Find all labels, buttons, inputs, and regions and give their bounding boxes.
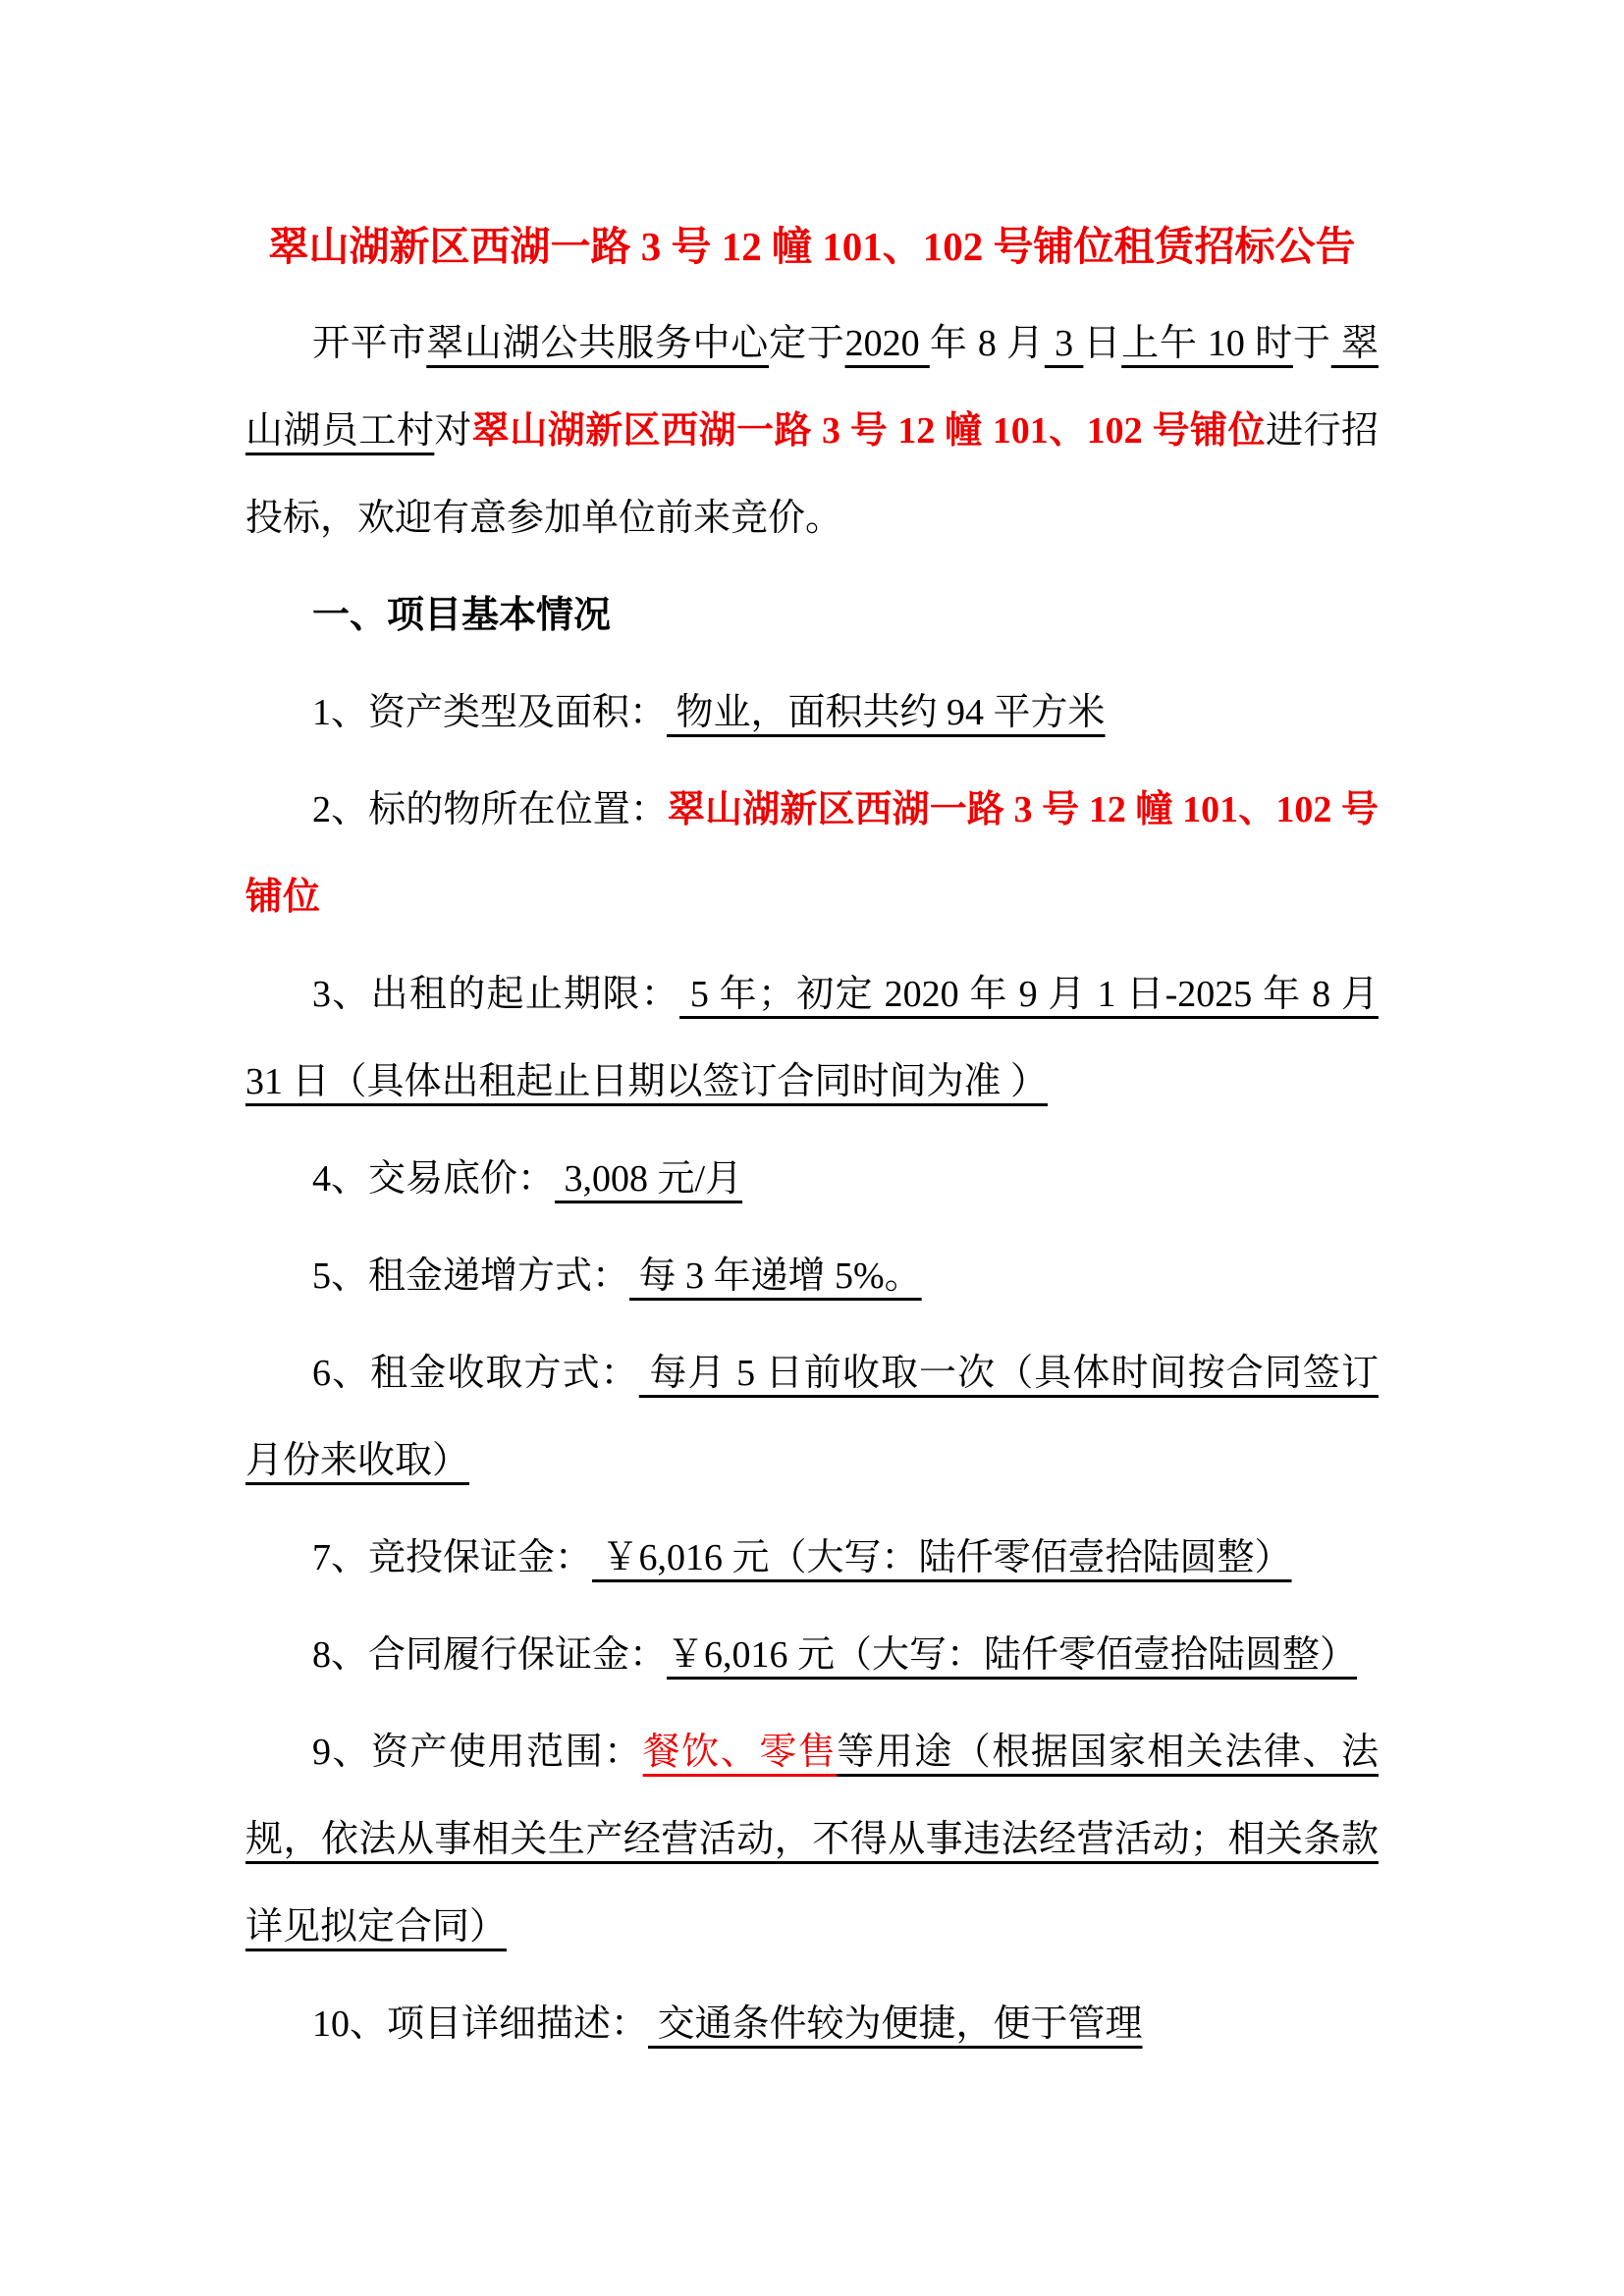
text-run: ￥6,016 元（大写：陆仟零佰壹拾陆圆整） xyxy=(667,1634,1357,1676)
section-heading-basic-info: 一、项目基本情况 xyxy=(245,572,1379,660)
text-run: 每 3 年递增 5%。 xyxy=(629,1255,922,1297)
text-run: 8、合同履行保证金： xyxy=(312,1634,667,1676)
item-5-rent-increase: 5、租金递增方式： 每 3 年递增 5%。 xyxy=(245,1233,1379,1320)
text-run: 一、项目基本情况 xyxy=(312,595,611,636)
item-4-base-price: 4、交易底价： 3,008 元/月 xyxy=(245,1136,1379,1223)
text-run: 2020 xyxy=(845,323,930,364)
text-run: 年 8 月 xyxy=(930,323,1045,364)
text-run: ￥6,016 元（大写：陆仟零佰壹拾陆圆整） xyxy=(592,1537,1292,1578)
text-run: 对 xyxy=(434,410,471,452)
text-run: 开平市 xyxy=(312,323,426,364)
document-page: 翠山湖新区西湖一路 3 号 12 幢 101、102 号铺位租赁招标公告 开平市… xyxy=(0,0,1624,2296)
text-run: 6、租金收取方式： xyxy=(312,1353,639,1394)
document-body: 开平市翠山湖公共服务中心定于2020 年 8 月 3 日上午 10 时于 翠山湖… xyxy=(245,300,1379,2068)
document-title: 翠山湖新区西湖一路 3 号 12 幢 101、102 号铺位租赁招标公告 xyxy=(245,203,1379,291)
item-7-bid-deposit: 7、竞投保证金： ￥6,016 元（大写：陆仟零佰壹拾陆圆整） xyxy=(245,1515,1379,1602)
text-run: 7、竞投保证金： xyxy=(312,1537,592,1578)
text-run: 9、资产使用范围： xyxy=(312,1732,643,1773)
text-run: 5、租金递增方式： xyxy=(312,1255,629,1297)
item-1-asset-type-area: 1、资产类型及面积： 物业，面积共约 94 平方米 xyxy=(245,669,1379,757)
text-run: 翠山湖公共服务中心 xyxy=(426,323,769,364)
text-run: 物业，面积共约 94 平方米 xyxy=(667,692,1106,733)
text-run: 交通条件较为便捷，便于管理 xyxy=(648,2003,1143,2045)
item-6-rent-collection: 6、租金收取方式： 每月 5 日前收取一次（具体时间按合同签订月份来收取） xyxy=(245,1330,1379,1505)
item-2-location: 2、标的物所在位置：翠山湖新区西湖一路 3 号 12 幢 101、102 号铺位 xyxy=(245,767,1379,941)
text-run: 3 xyxy=(1045,323,1084,364)
text-run: 于 xyxy=(1293,323,1331,364)
item-8-contract-deposit: 8、合同履行保证金：￥6,016 元（大写：陆仟零佰壹拾陆圆整） xyxy=(245,1612,1379,1699)
text-run: 10、项目详细描述： xyxy=(312,2003,648,2045)
text-run: 定于 xyxy=(769,323,845,364)
text-run: 日 xyxy=(1083,323,1121,364)
text-run: 上午 10 时 xyxy=(1121,323,1293,364)
item-9-usage-scope: 9、资产使用范围：餐饮、零售等用途（根据国家相关法律、法规，依法从事相关生产经营… xyxy=(245,1709,1379,1971)
intro-paragraph: 开平市翠山湖公共服务中心定于2020 年 8 月 3 日上午 10 时于 翠山湖… xyxy=(245,300,1379,562)
text-run: 4、交易底价： xyxy=(312,1158,555,1200)
text-run: 翠山湖新区西湖一路 3 号 12 幢 101、102 号铺位 xyxy=(472,410,1266,452)
text-run: 1、资产类型及面积： xyxy=(312,692,667,733)
text-run: 3、出租的起止期限： xyxy=(312,974,679,1015)
item-10-project-description: 10、项目详细描述： 交通条件较为便捷，便于管理 xyxy=(245,1981,1379,2068)
text-run: 2、标的物所在位置： xyxy=(312,789,668,830)
item-3-lease-term: 3、出租的起止期限： 5 年；初定 2020 年 9 月 1 日-2025 年 … xyxy=(245,951,1379,1126)
text-run: 3,008 元/月 xyxy=(555,1158,742,1200)
text-run: 餐饮、零售 xyxy=(643,1732,838,1773)
